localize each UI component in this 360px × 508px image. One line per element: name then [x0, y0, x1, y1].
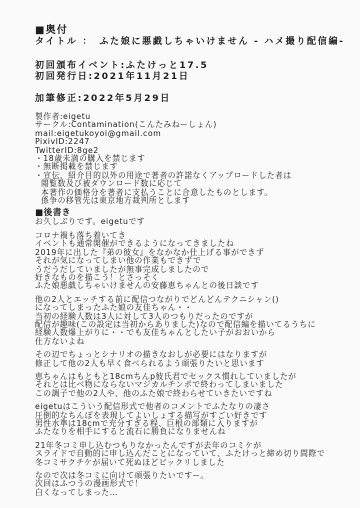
- text-line: 係争の移管先は東京地方裁判所とします: [41, 197, 352, 205]
- afterword-paragraph: 21年冬コミ申し込むつもりなかったんですが去年のコミケがスライドで自動的に申し込…: [35, 442, 352, 467]
- afterword-greeting: お久しぶりです。eigetuです: [35, 218, 352, 226]
- text-line: 修正して他の2人も早く食べられるよう頑張りたいと思います: [35, 360, 352, 368]
- text-line: 仕方ないよね: [35, 338, 352, 346]
- revision-info-line: 加筆修正:2022年5月29日: [35, 94, 352, 105]
- text-line: 白くなってしまった…: [35, 489, 352, 497]
- doujin-title-line: タイトル ： ふた娘に悪戯しちゃいけません - ハメ撮り配信編-: [35, 37, 352, 48]
- afterword-paragraph: 恵ちゃんはもともと18cmちんp彼氏君でセックス慣れしていましたがそれとは比べ物…: [35, 373, 352, 398]
- afterword-paragraph: eigetuはこういう配信形式で他者のコメントでふたなりの凄さ圧倒的なちんぽを表…: [35, 403, 352, 437]
- afterword-paragraph: なので次は冬コミに向けて頑張りたいですー。次回はふつうの漫画形式で！白くなってし…: [35, 472, 352, 497]
- legal-notice-block: 閲覧数及び被ダウンロード数に応じて本著作の価格分を著者に支払うことに合意したもの…: [35, 180, 352, 205]
- text-line: ふた娘悪戯しちゃいけませんの安藤恵ちゃんとの後日談です: [35, 282, 352, 290]
- credits-block: 製作者:eigetuサークル:Contamination(こんたみねーしょん)m…: [35, 113, 352, 180]
- text-line: この調子で他の2人や、他のふた娘で終わらせていきたいですね: [35, 390, 352, 398]
- afterword-paragraphs: コロナ禍も落ち着いてきイベントも通常開催ができるようになってきましたね2019年…: [35, 232, 352, 497]
- text-line: 初回頒布イベント:ふたけっと17.5: [35, 61, 352, 72]
- text-line: 冬コミサクチケが届いて死ぬほどビックリしました: [35, 459, 352, 467]
- release-info-block: 初回頒布イベント:ふたけっと17.5初回発行日:2021年11月21日: [35, 61, 352, 83]
- afterword-paragraph: コロナ禍も落ち着いてきイベントも通常開催ができるようになってきましたね2019年…: [35, 232, 352, 291]
- afterword-paragraph: その辺でちょっとシナリオの描きなおしが必要にはなりますが修正して他の2人も早く食…: [35, 351, 352, 368]
- text-line: ふたなりを相手にすると流石に勝負になりませんね: [35, 428, 352, 436]
- colophon-page: ■奥付 タイトル ： ふた娘に悪戯しちゃいけません - ハメ撮り配信編- 初回頒…: [0, 0, 360, 508]
- colophon-section: ■奥付 タイトル ： ふた娘に悪戯しちゃいけません - ハメ撮り配信編- 初回頒…: [35, 25, 352, 105]
- text-line: 初回発行日:2021年11月21日: [35, 72, 352, 83]
- afterword-paragraph: 他の2人とエッチする前に配信つながりでどんどんテクニシャン()になってしまったふ…: [35, 296, 352, 346]
- colophon-header: ■奥付: [35, 25, 352, 37]
